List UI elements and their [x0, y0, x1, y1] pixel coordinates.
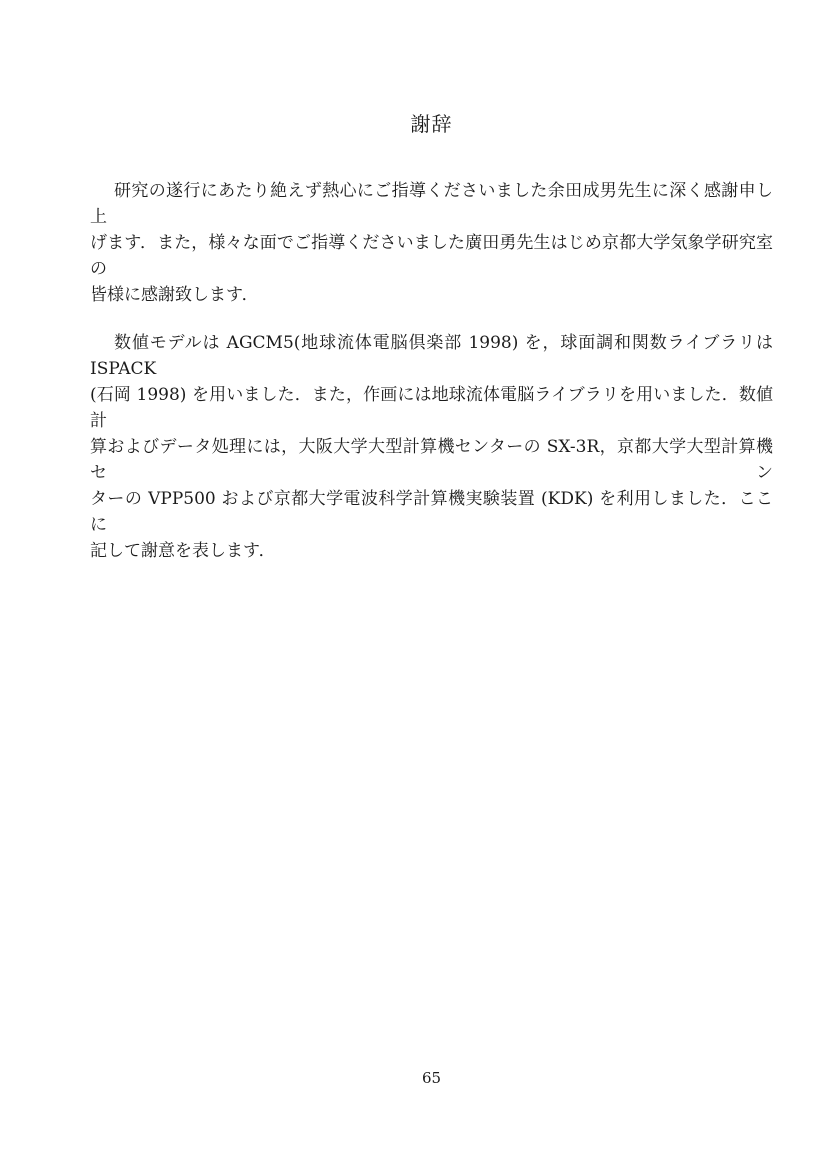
paragraph-line: 数値モデルは AGCM5(地球流体電脳倶楽部 1998) を，球面調和関数ライブ… [90, 330, 773, 382]
paragraph-line: 算およびデータ処理には，大阪大学大型計算機センターの SX-3R，京都大学大型計… [90, 434, 773, 486]
body-text: 研究の遂行にあたり絶えず熱心にご指導くださいました余田成男先生に深く感謝申し上 … [90, 178, 773, 586]
paragraph-line: 皆様に感謝致します． [90, 282, 773, 308]
paragraph-acknowledgement-people: 研究の遂行にあたり絶えず熱心にご指導くださいました余田成男先生に深く感謝申し上 … [90, 178, 773, 308]
section-title: 謝辞 [90, 110, 773, 138]
paragraph-line: ターの VPP500 および京都大学電波科学計算機実験装置 (KDK) を利用し… [90, 486, 773, 538]
paragraph-line: (石岡 1998) を用いました．また，作画には地球流体電脳ライブラリを用いまし… [90, 382, 773, 434]
page-number: 65 [90, 1068, 773, 1088]
paragraph-line: げます．また，様々な面でご指導くださいました廣田勇先生はじめ京都大学気象学研究室… [90, 230, 773, 282]
paragraph-line: 記して謝意を表します． [90, 538, 773, 564]
paragraph-acknowledgement-resources: 数値モデルは AGCM5(地球流体電脳倶楽部 1998) を，球面調和関数ライブ… [90, 330, 773, 564]
document-page: 謝辞 研究の遂行にあたり絶えず熱心にご指導くださいました余田成男先生に深く感謝申… [0, 0, 826, 1169]
paragraph-line: 研究の遂行にあたり絶えず熱心にご指導くださいました余田成男先生に深く感謝申し上 [90, 178, 773, 230]
